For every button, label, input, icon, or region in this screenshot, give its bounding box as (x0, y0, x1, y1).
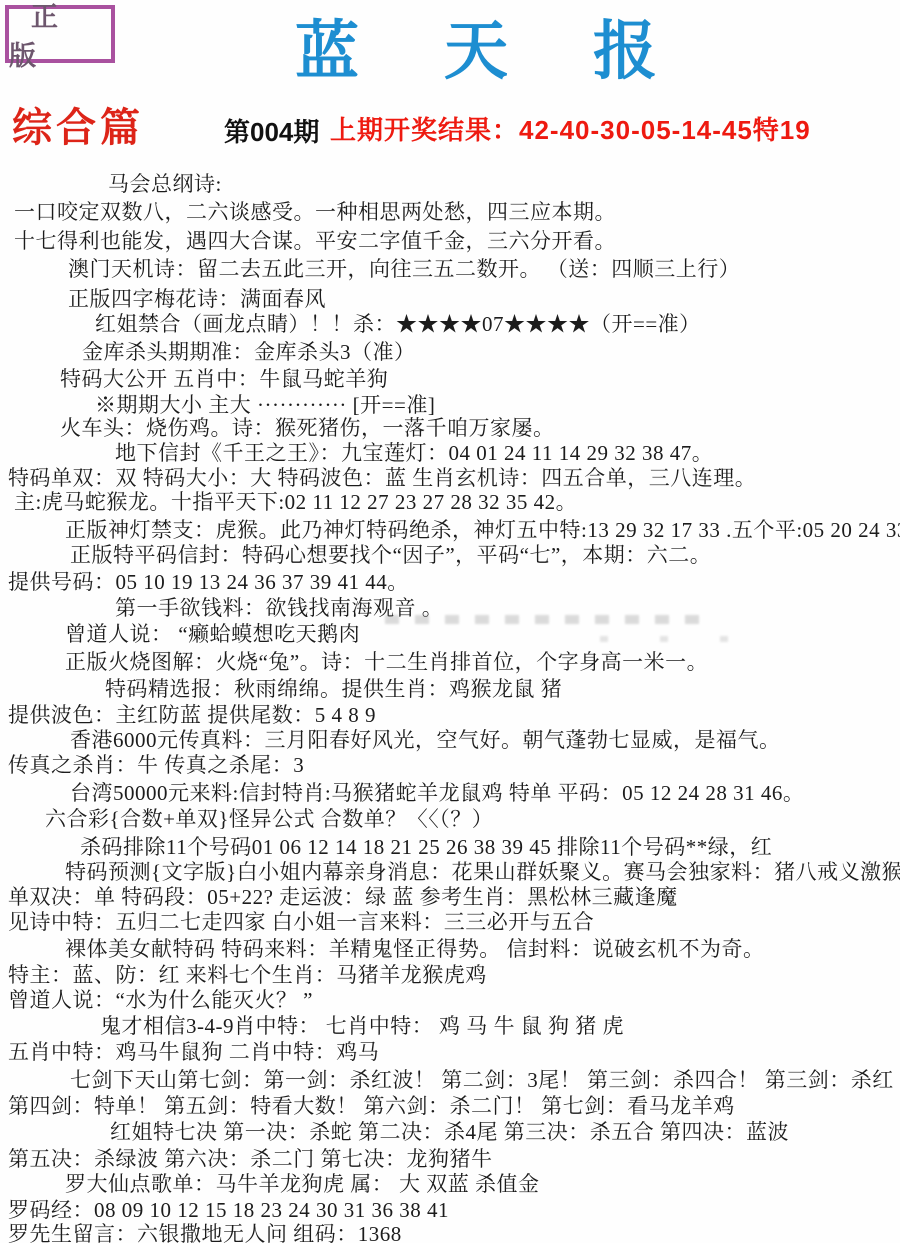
scan-smudge (385, 615, 700, 624)
text-line: 传真之杀肖：牛 传真之杀尾：3 (8, 753, 304, 778)
text-line: 见诗中特：五归二七走四家 白小姐一言来料：三三必开与五合 (8, 910, 594, 935)
text-line: 七剑下天山第七剑：第一剑：杀红波！ 第二剑：3尾！ 第三剑：杀四合！ 第三剑：杀… (70, 1068, 894, 1093)
section-title: 综合篇 (12, 96, 144, 153)
text-line: 第五决：杀绿波 第六决：杀二门 第七决：龙狗猪牛 (8, 1147, 493, 1172)
text-line: 特码精选报：秋雨绵绵。提供生肖：鸡猴龙鼠 猪 (105, 677, 562, 702)
issue-number: 第004期 (224, 112, 319, 149)
text-line: 五肖中特：鸡马牛鼠狗 二肖中特：鸡马 (8, 1040, 379, 1065)
text-line: 杀码排除11个号码01 06 12 14 18 21 25 26 38 39 4… (80, 835, 772, 860)
text-line: 正版神灯禁支：虎猴。此乃神灯特码绝杀，神灯五中特:13 29 32 17 33 … (65, 518, 900, 543)
newspaper-page: 正 版 蓝天报 综合篇 第004期 上期开奖结果：42-40-30-05-14-… (0, 0, 900, 1243)
text-line: 澳门天机诗：留二去五此三开，向往三五二数开。 （送：四顺三上行） (68, 257, 740, 282)
text-line: 罗码经：08 09 10 12 15 18 23 24 30 31 36 38 … (8, 1198, 449, 1223)
text-line: 马会总纲诗: (108, 172, 222, 197)
text-line: 红姐特七决 第一决：杀蛇 第二决：杀4尾 第三决：杀五合 第四决：蓝波 (110, 1120, 789, 1145)
text-line: 香港6000元传真料：三月阳春好风光，空气好。朝气蓬勃七显威，是福气。 (70, 728, 781, 753)
edition-badge-label: 正 版 (9, 0, 111, 73)
text-line: 台湾50000元来料:信封特肖:马猴猪蛇羊龙鼠鸡 特单 平码：05 12 24 … (70, 781, 804, 806)
text-line: 正版特平码信封：特码心想要找个“因子”，平码“七”，本期：六二。 (70, 543, 711, 568)
text-line: 金库杀头期期准：金库杀头3（准） (82, 340, 416, 365)
text-line: 特码大公开 五肖中：牛鼠马蛇羊狗 (60, 367, 388, 392)
text-line: ※期期大小 主大 ············ [开==准] (95, 393, 435, 418)
text-line: 特码单双：双 特码大小：大 特码波色：蓝 生肖玄机诗：四五合单，三八连理。 (8, 466, 756, 491)
text-line: 第四剑：特单！ 第五剑：特看大数！ 第六剑：杀二门！ 第七剑：看马龙羊鸡 (8, 1094, 735, 1119)
text-line: 罗大仙点歌单：马牛羊龙狗虎 属： 大 双蓝 杀值金 (65, 1172, 540, 1197)
text-line: 曾道人说：“水为什么能灭火？ ” (8, 988, 313, 1013)
text-line: 鬼才相信3-4-9肖中特： 七肖中特： 鸡 马 牛 鼠 狗 猪 虎 (100, 1014, 624, 1039)
text-line: 火车头：烧伤鸡。诗：猴死猪伤，一落千咱万家屡。 (60, 416, 555, 441)
page-title: 蓝天报 (285, 12, 685, 92)
last-draw-result: 上期开奖结果：42-40-30-05-14-45特19 (330, 110, 811, 147)
text-line: 六合彩{合数+单双}怪异公式 合数单？〈〈（？） (45, 807, 493, 832)
scan-smudge (600, 636, 780, 642)
text-line: 正版火烧图解：火烧“兔”。诗：十二生肖排首位，个字身高一米一。 (65, 650, 708, 675)
edition-badge: 正 版 (5, 5, 115, 63)
text-line: 单双决：单 特码段：05+22? 走运波：绿 蓝 参考生肖：黑松林三藏逢魔 (8, 885, 678, 910)
text-line: 提供号码：05 10 19 13 24 36 37 39 41 44。 (8, 570, 409, 595)
text-line: 一口咬定双数八，二六谈感受。一种相思两处愁，四三应本期。 (14, 200, 616, 225)
text-line: 正版四字梅花诗：满面春风 (68, 287, 326, 312)
text-line: 裸体美女献特码 特码来料：羊精鬼怪正得势。 信封料：说破玄机不为奇。 (65, 937, 765, 962)
text-line: 地下信封《千王之王》：九宝莲灯：04 01 24 11 14 29 32 38 … (115, 441, 713, 466)
text-line: 特主：蓝、防：红 来料七个生肖：马猪羊龙猴虎鸡 (8, 963, 487, 988)
text-line: 罗先生留言：六银撒地无人问 组码：1368 (8, 1222, 402, 1243)
text-line: 主:虎马蛇猴龙。十指平天下:02 11 12 27 23 27 28 32 35… (14, 490, 577, 515)
text-line: 红姐禁合（画龙点睛）！！杀：★★★★07★★★★（开==准） (95, 312, 701, 337)
text-line: 曾道人说： “癞蛤蟆想吃天鹅肉 (65, 622, 360, 647)
text-line: 提供波色：主红防蓝 提供尾数：5 4 8 9 (8, 703, 376, 728)
text-line: 特码预测{文字版}白小姐内幕亲身消息：花果山群妖聚义。赛马会独家料：猪八戒义激猴… (65, 860, 900, 885)
text-line: 十七得利也能发，遇四大合谋。平安二字值千金，三六分开看。 (14, 229, 616, 254)
